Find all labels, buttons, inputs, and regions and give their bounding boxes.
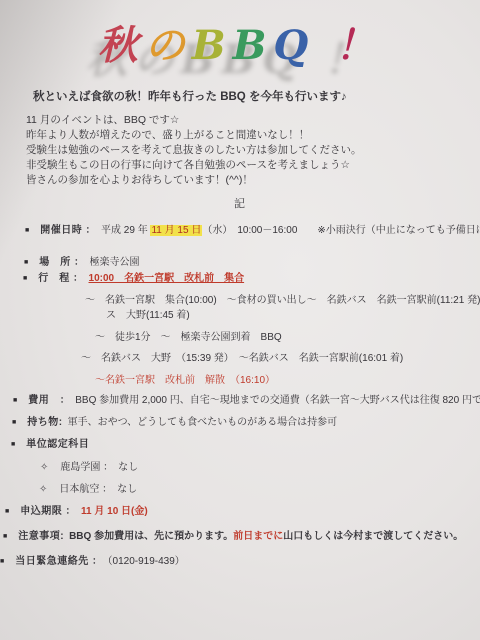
- itinerary-dismiss-line: ～名鉄一宮駅 改札前 解散 （16:10）: [95, 374, 480, 387]
- notes-part2: 山口もしくは今村まで渡してください。: [283, 531, 463, 542]
- datetime-suffix: （水） 10:00－16:00: [202, 225, 317, 236]
- itinerary-line: ～ 名鉄一宮駅 集合(10:00) ～食材の買い出し～ 名鉄バス 名鉄一宮駅前(…: [85, 294, 480, 307]
- intro-line: 受験生は勉強のペースを考えて息抜きのしたい方は参加してください。: [26, 143, 480, 158]
- cost-value: BBQ 参加費用 2,000 円、自宅～現地までの交通費（名鉄一宮～大野バス代は…: [75, 395, 480, 406]
- datetime-prefix: 平成 29 年: [101, 225, 150, 236]
- notes-emphasis: 前日までに: [233, 531, 283, 542]
- credit-value: なし: [118, 462, 138, 473]
- datetime-highlighted-date: 11 月 15 日: [150, 225, 202, 236]
- notes-part1: BBQ 参加費用は、先に預かります。: [69, 531, 233, 542]
- detail-row-datetime: ■開催日時 ：平成 29 年 11 月 15 日（水） 10:00－16:00 …: [25, 224, 480, 237]
- datetime-label: 開催日時 ：: [40, 225, 96, 236]
- belongings-value: 軍手、おやつ、どうしても食べたいものがある場合は持参可: [68, 417, 338, 428]
- contact-label: 当日緊急連絡先 ：: [15, 556, 102, 567]
- detail-row-notes: ■注意事項:BBQ 参加費用は、先に預かります。前日までに山口もしくは今村まで渡…: [3, 530, 480, 543]
- intro-line: 非受験生もこの日の行事に向けて各自勉強のペースを考えましょう☆: [26, 158, 480, 173]
- belongings-label: 持ち物:: [27, 417, 62, 428]
- intro-line: 皆さんの参加を心よりお待ちしています！(^^)！: [26, 173, 480, 188]
- detail-row-itinerary: ■行 程 ：10:00 名鉄一宮駅 改札前 集合: [23, 272, 480, 285]
- credit-item: ✧鹿島学園 ： なし: [40, 461, 480, 474]
- title-char: ！: [335, 22, 382, 69]
- title-char: 秋: [98, 22, 145, 69]
- detail-row-cost: ■費用 ：BBQ 参加費用 2,000 円、自宅～現地までの交通費（名鉄一宮～大…: [13, 394, 480, 407]
- itinerary-line: ～ 名鉄バス 大野 （15:39 発） ～名鉄バス 名鉄一宮駅前(16:01 着…: [81, 352, 480, 365]
- intro-line: 11 月のイベントは、BBQ です☆: [26, 113, 480, 128]
- detail-row-deadline: ■申込期限 ：11 月 10 日(金): [5, 505, 480, 518]
- detail-row-credits: ■単位認定科目: [11, 438, 480, 451]
- diamond-bullet-icon: ✧: [40, 462, 48, 473]
- square-bullet-icon: ■: [13, 397, 17, 404]
- detail-row-place: ■場 所 ：極楽寺公園: [24, 256, 480, 269]
- credit-item: ✧日本航空 ： なし: [39, 483, 480, 496]
- notes-label: 注意事項:: [18, 531, 64, 542]
- detail-row-contact: ■当日緊急連絡先 ：（0120-919-439）: [0, 555, 480, 568]
- title-char: Q: [273, 22, 315, 69]
- rain-note: ※小雨決行（中止になっても予備日は設けません）: [317, 225, 480, 236]
- page-title: 秋のBBQ！: [98, 14, 382, 71]
- title-char: B: [233, 22, 274, 69]
- square-bullet-icon: ■: [11, 441, 15, 448]
- place-value: 極楽寺公園: [90, 257, 140, 268]
- square-bullet-icon: ■: [23, 275, 27, 282]
- square-bullet-icon: ■: [3, 533, 7, 540]
- place-label: 場 所 ：: [39, 257, 84, 268]
- intro-headline: 秋といえば食欲の秋！昨年も行った BBQ を今年も行います♪: [33, 88, 480, 104]
- intro-line: 昨年より人数が増えたので、盛り上がること間違いなし！！: [26, 128, 480, 143]
- record-mark: 記: [0, 195, 480, 211]
- photographed-notice-page: 秋のBBQ！ 秋といえば食欲の秋！昨年も行った BBQ を今年も行います♪ 11…: [0, 0, 480, 640]
- itinerary-label: 行 程 ：: [38, 273, 83, 284]
- credit-school: 鹿島学園 ：: [60, 462, 108, 473]
- square-bullet-icon: ■: [24, 259, 28, 266]
- credit-value: なし: [117, 484, 137, 495]
- deadline-label: 申込期限 ：: [20, 506, 76, 517]
- intro-paragraph: 11 月のイベントは、BBQ です☆ 昨年より人数が増えたので、盛り上がること間…: [26, 113, 480, 188]
- diamond-bullet-icon: ✧: [39, 484, 47, 495]
- deadline-value: 11 月 10 日(金): [81, 506, 148, 517]
- credit-school: 日本航空 ：: [59, 484, 107, 495]
- itinerary-line: ～ 徒歩1分 ～ 極楽寺公園到着 BBQ: [95, 331, 480, 344]
- title-char: B: [192, 22, 233, 69]
- detail-row-belongings: ■持ち物:軍手、おやつ、どうしても食べたいものがある場合は持参可: [12, 416, 480, 429]
- square-bullet-icon: ■: [25, 227, 29, 234]
- square-bullet-icon: ■: [0, 558, 4, 565]
- credits-label: 単位認定科目: [26, 439, 89, 450]
- title-block: 秋のBBQ！: [0, 0, 480, 71]
- square-bullet-icon: ■: [5, 508, 9, 515]
- contact-value: （0120-919-439）: [108, 556, 185, 567]
- square-bullet-icon: ■: [12, 419, 16, 426]
- itinerary-meet: 10:00 名鉄一宮駅 改札前 集合: [89, 273, 245, 284]
- cost-label: 費用 ：: [28, 395, 70, 406]
- itinerary-line: ス 大野(11:45 着): [106, 309, 480, 322]
- title-char: の: [145, 22, 192, 69]
